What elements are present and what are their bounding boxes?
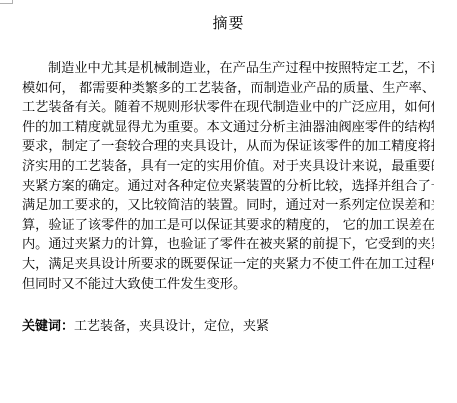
abstract-line: 大，满足夹具设计所要求的既要保证一定的夹紧力不使工件在加工过程中发生位移，: [22, 255, 434, 275]
abstract-line: 件的加工精度就显得尤为重要。本文通过分析主油器油阀座零件的结构特点和加工: [22, 118, 434, 138]
abstract-line: 要求，制定了一套较合理的夹具设计，从而为保证该零件的加工精度将提供一种经: [22, 137, 434, 157]
keywords-value: 工艺装备，夹具设计，定位，夹紧: [74, 319, 269, 334]
abstract-line: 夹紧方案的确定。通过对各种定位夹紧装置的分析比较，选择并组合了一套既能够: [22, 177, 434, 197]
abstract-line: 内。通过夹紧力的计算，也验证了零件在被夹紧的前提下，它受到的夹紧力也并不: [22, 235, 434, 255]
abstract-line: 模如何， 都需要种类繁多的工艺装备，而制造业产品的质量、生产率、成本无不与: [22, 79, 434, 99]
page-corner-mark: [0, 0, 13, 4]
abstract-line: 工艺装备有关。随着不规则形状零件在现代制造业中的广泛应用，如何保证这类零: [22, 98, 434, 118]
keywords-line: 关键词：工艺装备，夹具设计，定位，夹紧: [22, 318, 269, 336]
abstract-line: 算，验证了该零件的加工是可以保证其要求的精度的， 它的加工误差在规定的范围: [22, 216, 434, 236]
page-title: 摘要: [0, 13, 457, 33]
abstract-line: 但同时又不能过大致使工件发生变形。: [22, 275, 434, 295]
abstract-line: 制造业中尤其是机械制造业，在产品生产过程中按照特定工艺，不论其生产规: [22, 59, 434, 79]
abstract-line: 满足加工要求的，又比较简洁的装置。同时，通过对一系列定位误差和夹紧力的计: [22, 196, 434, 216]
keywords-label: 关键词：: [22, 319, 74, 334]
abstract-paragraph: 制造业中尤其是机械制造业，在产品生产过程中按照特定工艺，不论其生产规 模如何， …: [22, 59, 434, 294]
abstract-line: 济实用的工艺装备，具有一定的实用价值。对于夹具设计来说，最重要的就是定位、: [22, 157, 434, 177]
